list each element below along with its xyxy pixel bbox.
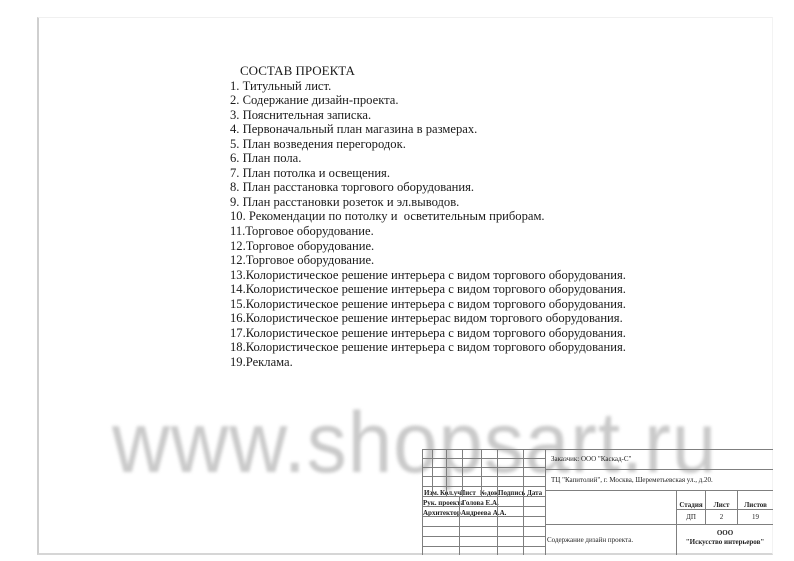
- grid-line: [422, 546, 545, 547]
- grid-line: [545, 490, 773, 491]
- contents-list: 1. Титульный лист.2. Содержание дизайн-п…: [230, 79, 626, 370]
- sheet-title: Содержание дизайн проекта.: [547, 536, 633, 544]
- contents-item: 5. План возведения перегородок.: [230, 137, 626, 152]
- contents-item: 15.Колористическое решение интерьера с в…: [230, 297, 626, 312]
- grid-line: [446, 449, 447, 496]
- grid-line: [497, 449, 498, 496]
- contents-item: 13.Колористическое решение интерьера с в…: [230, 268, 626, 283]
- grid-line: [737, 490, 738, 524]
- grid-line: [422, 506, 545, 507]
- grid-line: [676, 509, 773, 510]
- sheet-value: 2: [706, 513, 737, 521]
- contents-item: 12.Торговое оборудование.: [230, 253, 626, 268]
- contents-item: 1. Титульный лист.: [230, 79, 626, 94]
- contents-item: 4. Первоначальный план магазина в размер…: [230, 122, 626, 137]
- sheets-header: Листов: [738, 501, 773, 509]
- contents-item: 16.Колористическое решение интерьерас ви…: [230, 311, 626, 326]
- watermark: www.shopsart.ru: [112, 398, 717, 488]
- grid-line: [523, 496, 524, 555]
- company-line1: ООО: [677, 529, 773, 537]
- contents-item: 2. Содержание дизайн-проекта.: [230, 93, 626, 108]
- grid-line: [422, 467, 545, 468]
- contents-item: 12.Торговое оборудование.: [230, 239, 626, 254]
- stage-value: ДП: [677, 513, 705, 521]
- grid-line: [676, 490, 677, 555]
- grid-line: [432, 449, 433, 496]
- stage-header: Стадия: [677, 501, 705, 509]
- grid-line: [545, 469, 773, 470]
- grid-line: [545, 449, 546, 555]
- grid-line: [422, 516, 545, 517]
- contents-item: 8. План расстановка торгового оборудован…: [230, 180, 626, 195]
- contents-item: 9. План расстановки розеток и эл.выводов…: [230, 195, 626, 210]
- contents-item: 11.Торговое оборудование.: [230, 224, 626, 239]
- contents-item: 19.Реклама.: [230, 355, 626, 370]
- grid-line: [705, 490, 706, 524]
- address: ТЦ "Капитолий", г. Москва, Шереметьевска…: [551, 476, 713, 484]
- contents-item: 18.Колористическое решение интерьера с в…: [230, 340, 626, 355]
- grid-line: [422, 449, 773, 450]
- contents-item: 14.Колористическое решение интерьера с в…: [230, 282, 626, 297]
- grid-line: [545, 524, 773, 525]
- grid-line: [422, 526, 545, 527]
- grid-line: [422, 536, 545, 537]
- sheet-header: Лист: [706, 501, 737, 509]
- grid-line: [422, 486, 545, 487]
- contents-item: 3. Пояснительная записка.: [230, 108, 626, 123]
- contents-item: 7. План потолка и освещения.: [230, 166, 626, 181]
- project-contents: СОСТАВ ПРОЕКТА 1. Титульный лист.2. Соде…: [230, 64, 626, 369]
- grid-line: [523, 449, 524, 496]
- grid-line: [422, 476, 545, 477]
- company-line2: "Искусство интерьеров": [677, 538, 773, 546]
- sheets-value: 19: [738, 513, 773, 521]
- grid-line: [462, 449, 463, 496]
- grid-line: [422, 458, 545, 459]
- contents-item: 17.Колористическое решение интерьера с в…: [230, 326, 626, 341]
- contents-item: 10. Рекомендации по потолку и осветитель…: [230, 209, 626, 224]
- customer: Заказчик: ООО "Каскад-С": [551, 455, 631, 463]
- grid-line: [481, 449, 482, 496]
- contents-item: 6. План пола.: [230, 151, 626, 166]
- contents-heading: СОСТАВ ПРОЕКТА: [230, 64, 626, 79]
- grid-line: [422, 496, 545, 497]
- grid-line: [497, 496, 498, 555]
- grid-line: [422, 449, 423, 555]
- grid-line: [459, 496, 460, 555]
